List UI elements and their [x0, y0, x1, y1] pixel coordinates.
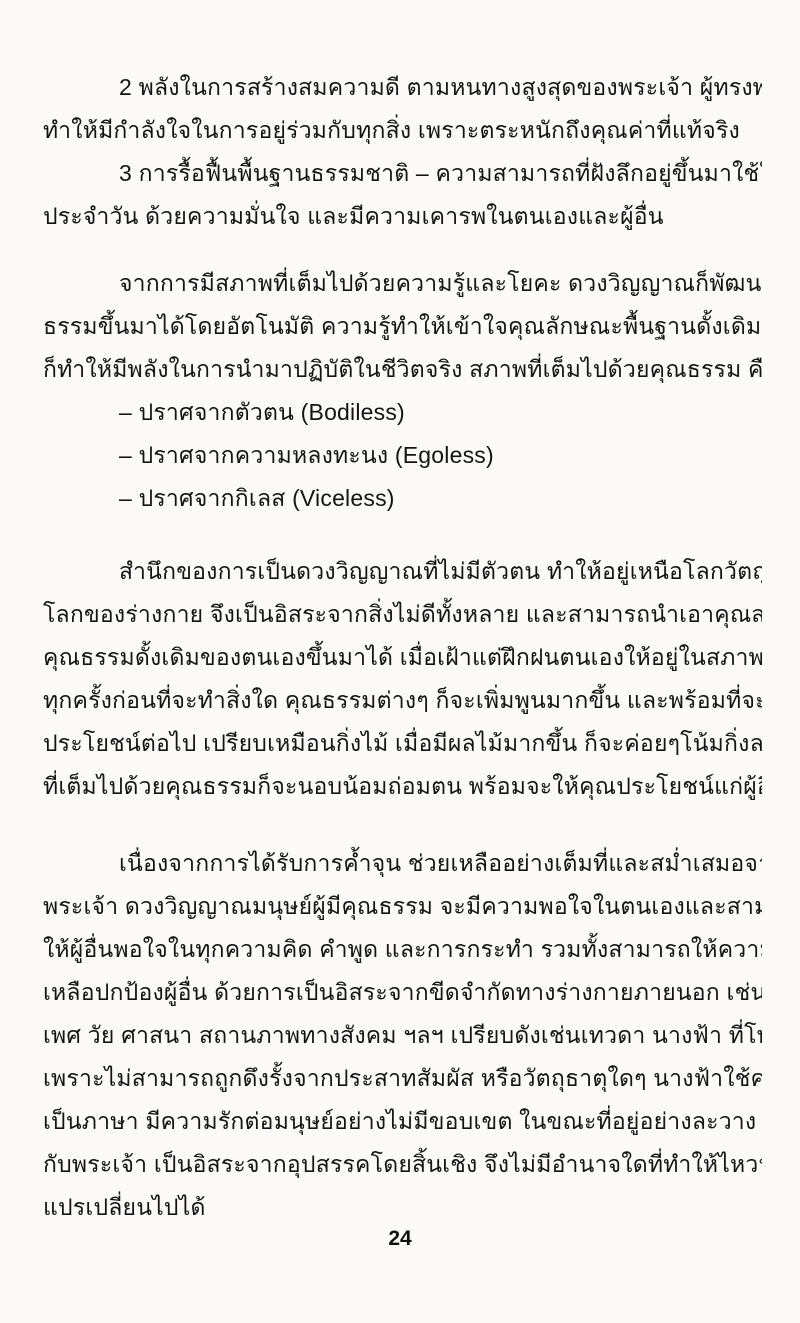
text-line: ประโยชน์ต่อไป เปรียบเหมือนกิ่งไม้ เมื่อม…	[43, 722, 762, 765]
paragraph-divine-support: เนื่องจากการได้รับการค้ำจุน ช่วยเหลืออย่…	[43, 842, 762, 1229]
text-line: เพศ วัย ศาสนา สถานภาพทางสังคม ฯลฯ เปรียบ…	[43, 1014, 762, 1057]
text-line: ธรรมขึ้นมาได้โดยอัตโนมัติ ความรู้ทำให้เข…	[43, 305, 762, 348]
text-line: เหลือปกป้องผู้อื่น ด้วยการเป็นอิสระจากขี…	[43, 971, 762, 1014]
list-item: – ปราศจากตัวตน (Bodiless)	[43, 391, 762, 434]
paragraph-knowledge-yoga: จากการมีสภาพที่เต็มไปด้วยความรู้และโยคะ …	[43, 262, 762, 391]
text-line: พระเจ้า ดวงวิญญาณมนุษย์ผู้มีคุณธรรม จะมี…	[43, 885, 762, 928]
text-line: จากการมีสภาพที่เต็มไปด้วยความรู้และโยคะ …	[43, 262, 762, 305]
text-line: กับพระเจ้า เป็นอิสระจากอุปสรรคโดยสิ้นเชิ…	[43, 1143, 762, 1186]
numbered-item-3: 3 การรื้อฟื้นพื้นฐานธรรมชาติ – ความสามาร…	[43, 152, 762, 238]
text-line: ประจำวัน ด้วยความมั่นใจ และมีความเคารพใน…	[43, 195, 762, 238]
text-line: ให้ผู้อื่นพอใจในทุกความคิด คำพูด และการก…	[43, 928, 762, 971]
text-line: คุณธรรมดั้งเดิมของตนเองขึ้นมาได้ เมื่อเฝ…	[43, 636, 762, 679]
page-number: 24	[0, 1224, 800, 1254]
text-line: ทำให้มีกำลังใจในการอยู่ร่วมกับทุกสิ่ง เพ…	[43, 109, 762, 152]
text-line: เนื่องจากการได้รับการค้ำจุน ช่วยเหลืออย่…	[43, 842, 762, 885]
virtue-list: – ปราศจากตัวตน (Bodiless) – ปราศจากความห…	[43, 391, 762, 520]
text-line: โลกของร่างกาย จึงเป็นอิสระจากสิ่งไม่ดีทั…	[43, 593, 762, 636]
text-line: ทุกครั้งก่อนที่จะทำสิ่งใด คุณธรรมต่างๆ ก…	[43, 679, 762, 722]
text-line: 3 การรื้อฟื้นพื้นฐานธรรมชาติ – ความสามาร…	[43, 152, 762, 195]
text-line: สำนึกของการเป็นดวงวิญญาณที่ไม่มีตัวตน ทำ…	[43, 550, 762, 593]
numbered-item-2: 2 พลังในการสร้างสมความดี ตามหนทางสูงสุดข…	[43, 66, 762, 152]
text-line: แปรเปลี่ยนไปได้	[43, 1186, 762, 1229]
list-item: – ปราศจากความหลงทะนง (Egoless)	[43, 434, 762, 477]
text-line: เป็นภาษา มีความรักต่อมนุษย์อย่างไม่มีขอบ…	[43, 1100, 762, 1143]
text-line: ที่เต็มไปด้วยคุณธรรมก็จะนอบน้อมถ่อมตน พร…	[43, 765, 762, 808]
text-line: 2 พลังในการสร้างสมความดี ตามหนทางสูงสุดข…	[43, 66, 762, 109]
scanned-book-page: 2 พลังในการสร้างสมความดี ตามหนทางสูงสุดข…	[0, 0, 800, 1323]
text-line: ก็ทำให้มีพลังในการนำมาปฏิบัติในชีวิตจริง…	[43, 348, 762, 391]
text-line: เพราะไม่สามารถถูกดึงรั้งจากประสาทสัมผัส …	[43, 1057, 762, 1100]
page-text-block: 2 พลังในการสร้างสมความดี ตามหนทางสูงสุดข…	[43, 66, 762, 1229]
paragraph-soul-consciousness: สำนึกของการเป็นดวงวิญญาณที่ไม่มีตัวตน ทำ…	[43, 550, 762, 808]
list-item: – ปราศจากกิเลส (Viceless)	[43, 477, 762, 520]
